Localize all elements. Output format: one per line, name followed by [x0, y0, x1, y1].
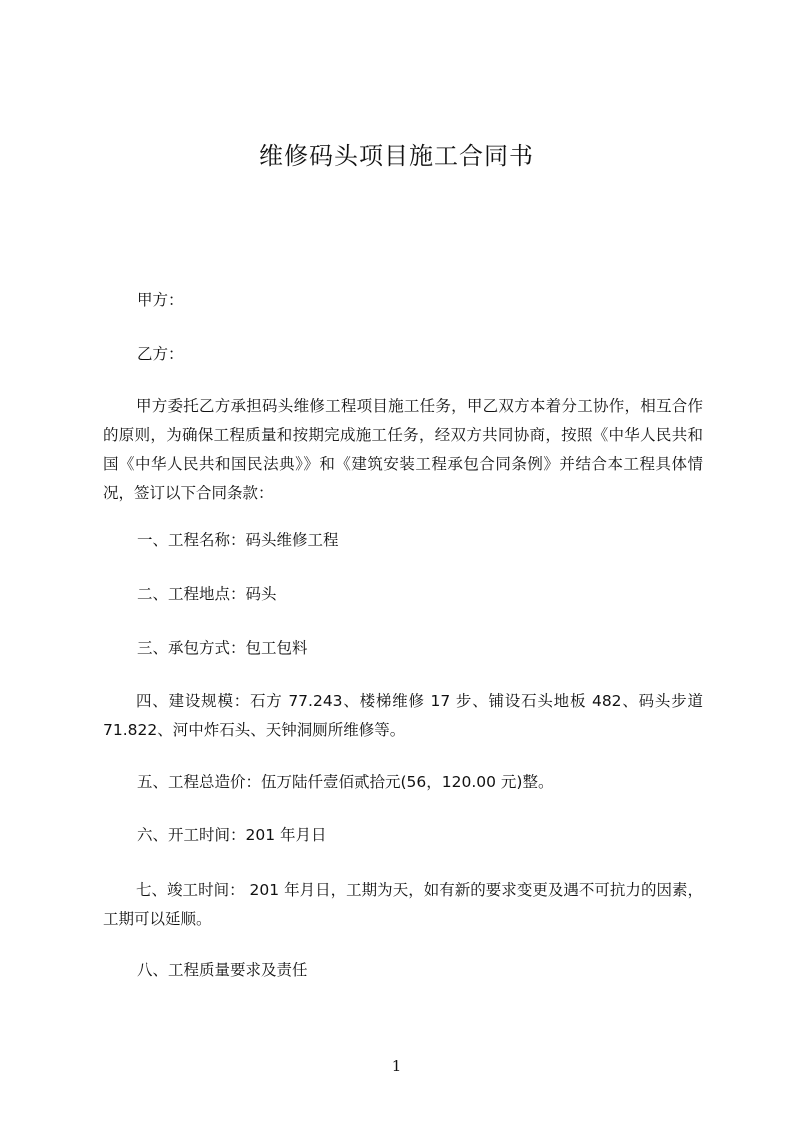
- clause-6-start-date: 六、开工时间：201 年月日: [137, 821, 737, 850]
- clause-2-project-location: 二、工程地点：码头: [137, 580, 737, 609]
- page-number: 1: [0, 1056, 793, 1076]
- clause-1-project-name: 一、工程名称：码头维修工程: [137, 526, 737, 555]
- document-title: 维修码头项目施工合同书: [0, 140, 793, 172]
- preamble-paragraph: 甲方委托乙方承担码头维修工程项目施工任务，甲乙双方本着分工协作，相互合作的原则，…: [103, 392, 703, 508]
- clause-3-contract-method: 三、承包方式：包工包料: [137, 634, 737, 663]
- party-b-label: 乙方：: [137, 340, 737, 369]
- clause-5-total-cost: 五、工程总造价：伍万陆仟壹佰贰拾元(56，120.00 元)整。: [137, 768, 737, 797]
- document-page: 维修码头项目施工合同书 甲方： 乙方： 甲方委托乙方承担码头维修工程项目施工任务…: [0, 0, 793, 1122]
- clause-4-construction-scale: 四、建设规模：石方 77.243、楼梯维修 17 步、铺设石头地板 482、码头…: [103, 687, 703, 745]
- clause-8-quality-requirements: 八、工程质量要求及责任: [137, 956, 737, 985]
- party-a-label: 甲方：: [137, 286, 737, 315]
- clause-7-completion-date: 七、竣工时间： 201 年月日，工期为天，如有新的要求变更及遇不可抗力的因素，工…: [103, 876, 703, 934]
